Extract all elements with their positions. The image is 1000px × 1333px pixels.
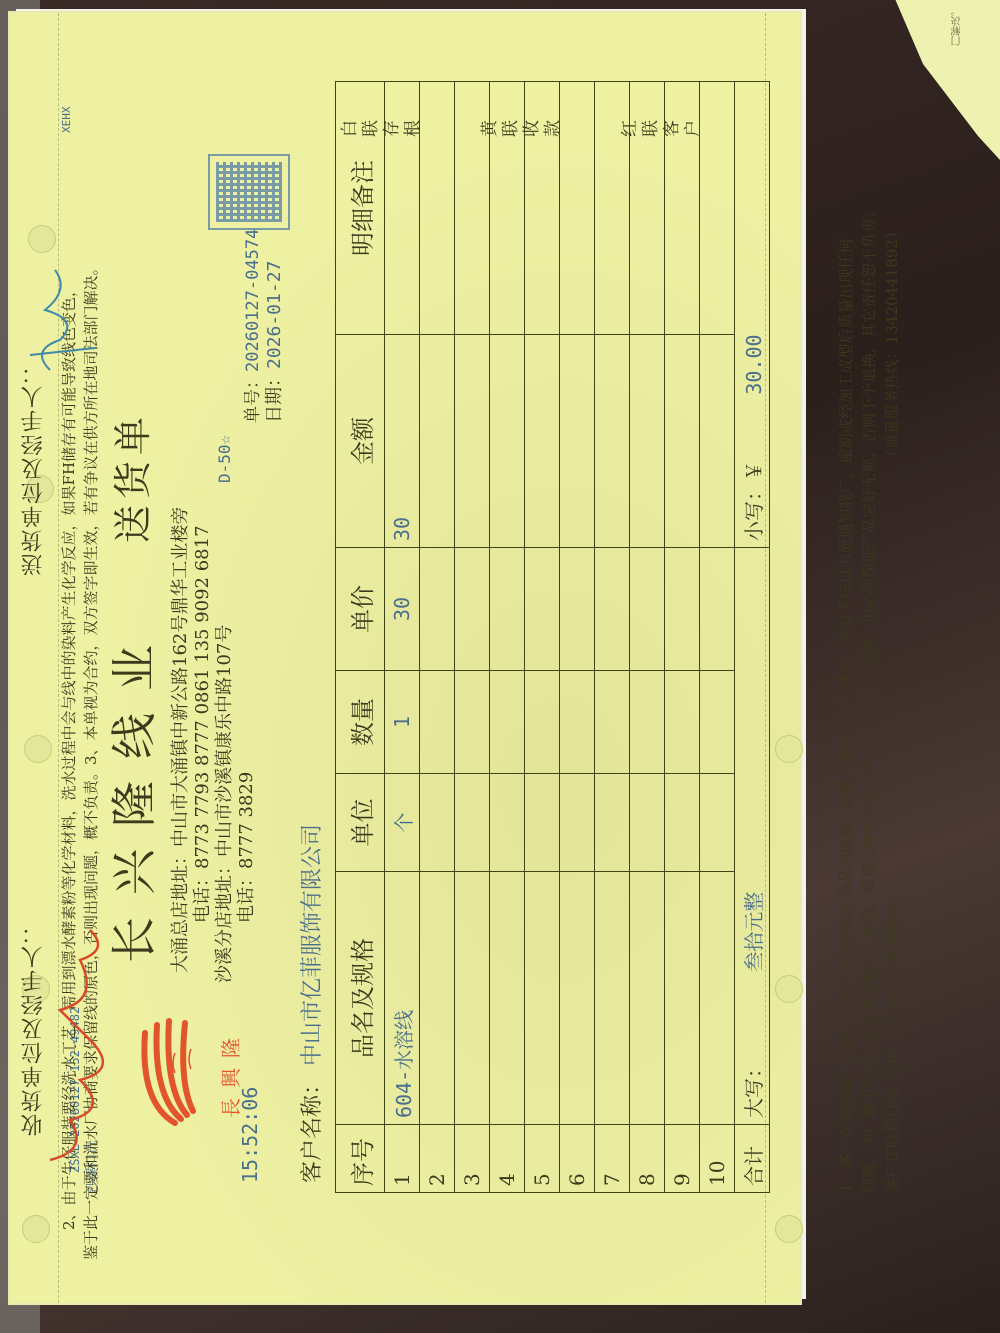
row-no: 8	[630, 1125, 665, 1193]
row-no: 10	[700, 1125, 735, 1193]
terms-line-3: 客户在收货日起（30）天内须结清全部款项； （质量服务热线：1342044189…	[881, 33, 904, 1193]
table-row: 5	[525, 82, 560, 1193]
row-qty: 1	[385, 671, 420, 774]
branch-phone: 电话：8777 3829	[236, 772, 258, 923]
table-total-row: 合计 大写： 叁拾元整 小写：￥ 30.00	[735, 82, 770, 1193]
feed-hole	[22, 1215, 50, 1243]
total-lower-value: 30.00	[742, 334, 766, 394]
doc-number-prefix: D-50☆	[215, 435, 234, 483]
hq-phone-value: 8773 7793 8777 0861 135 9092 6817	[192, 525, 213, 869]
print-time: 15:52:06	[238, 1087, 262, 1183]
branch-address-label: 沙溪分店地址：	[214, 857, 235, 983]
table-row: 8	[630, 82, 665, 1193]
total-upper-label: 大写：	[742, 1058, 766, 1118]
branch-phone-value: 8777 3829	[236, 772, 257, 869]
table-row: 1 604-水溶线 个 1 30 30	[385, 82, 420, 1193]
doc-date: 日期：2026-01-27	[260, 261, 286, 423]
hq-phone-label: 电话：	[192, 869, 213, 923]
branch-address-value: 中山市沙溪镇康乐中路107号	[214, 625, 235, 857]
delivery-note-rotated: XEHX ZSXL-20260127-152-49482 沙溪门市 長興隆 15…	[0, 0, 1000, 1333]
header-item: 品名及规格	[336, 872, 385, 1125]
terms-line-1: 1、客户在收到本厂货品之日起三天内须验明货品的数量、质量、颜色等方可使用。若有不…	[835, 33, 858, 1193]
branch-address: 沙溪分店地址：中山市沙溪镇康乐中路107号	[214, 625, 236, 983]
copy-red-label: 红联客户	[620, 118, 704, 143]
company-name: 长兴隆线业	[98, 623, 164, 963]
row-item: 604-水溶线	[385, 872, 420, 1125]
table-header-row: 序号 品名及规格 单位 数量 单价 金额 明细备注	[336, 82, 385, 1193]
total-lower: 小写：￥ 30.00	[735, 82, 770, 548]
header-qty: 数量	[336, 671, 385, 774]
terms-lines-4-5: 2、由于牛仔服装要经洗水工艺，需用到漂水酵素粉等化学材料，洗水过程中会与线中的染…	[58, 1200, 1000, 1230]
table-row: 7	[595, 82, 630, 1193]
total-label: 合计	[735, 1125, 770, 1193]
company-logo-icon	[135, 1013, 215, 1133]
row-no: 3	[455, 1125, 490, 1193]
hq-address: 大涌总店地址：中山市大涌镇中新公路162号鼎华工业楼旁	[170, 507, 192, 973]
hq-address-label: 大涌总店地址：	[170, 847, 191, 973]
copy-white-label: 白联存根	[340, 118, 424, 143]
customer-name: 中山市亿菲服饰有限公司	[300, 824, 325, 1066]
qr-code-icon	[210, 156, 288, 228]
table-row: 10	[700, 82, 735, 1193]
terms-text: 1、客户在收到本厂货品之日起三天内须验明货品的数量、质量、颜色等方可使用。若有不…	[835, 33, 904, 1193]
table-row: 4	[490, 82, 525, 1193]
total-upper: 大写： 叁拾元整	[735, 548, 770, 1125]
quality-hotline: （质量服务热线：13420441892）	[883, 224, 901, 464]
sender-signature-label: 送货单位及经手人：	[18, 360, 49, 576]
total-upper-value: 叁拾元整	[742, 892, 766, 972]
terms-line-2: 问题，本厂概不负责；如发现在数量、颜色、质量上存在不符，本厂只负责对方退换，但必…	[858, 33, 881, 1193]
feed-hole	[28, 225, 56, 253]
row-no: 1	[385, 1125, 420, 1193]
hq-phone: 电话：8773 7793 8777 0861 135 9092 6817	[192, 525, 214, 923]
document-type-title: 送货单	[102, 411, 157, 543]
hq-address-value: 中山市大涌镇中新公路162号鼎华工业楼旁	[170, 507, 191, 847]
row-price: 30	[385, 548, 420, 671]
row-no: 4	[490, 1125, 525, 1193]
margin-code: XEHX	[60, 107, 73, 134]
row-no: 2	[420, 1125, 455, 1193]
table-row: 3	[455, 82, 490, 1193]
row-no: 5	[525, 1125, 560, 1193]
header-no: 序号	[336, 1125, 385, 1193]
total-lower-label: 小写：￥	[742, 461, 766, 541]
header-unit: 单位	[336, 774, 385, 872]
date-label: 日期：	[264, 369, 285, 423]
row-amount: 30	[385, 335, 420, 548]
receiver-signature-icon	[30, 920, 140, 1180]
header-amount: 金额	[336, 335, 385, 548]
row-no: 7	[595, 1125, 630, 1193]
customer-row: 客户名称： 中山市亿菲服饰有限公司	[295, 824, 326, 1183]
terms-line-3-text: 客户在收货日起（30）天内须结清全部款项；	[883, 889, 901, 1193]
table-row: 6	[560, 82, 595, 1193]
row-no: 6	[560, 1125, 595, 1193]
date-value: 2026-01-27	[264, 261, 285, 369]
branch-phone-label: 电话：	[236, 869, 257, 923]
items-table: 序号 品名及规格 单位 数量 单价 金额 明细备注 1 604-水溶线 个 1 …	[335, 81, 770, 1193]
feed-hole	[24, 735, 52, 763]
row-no: 9	[665, 1125, 700, 1193]
feed-hole	[775, 975, 803, 1003]
row-unit: 个	[385, 774, 420, 872]
copy-yellow-label: 黄联收款	[480, 118, 564, 143]
header-price: 单价	[336, 548, 385, 671]
table-row: 2	[420, 82, 455, 1193]
feed-hole	[775, 735, 803, 763]
customer-label: 客户名称：	[300, 1073, 325, 1183]
sender-signature-icon	[10, 260, 100, 380]
table-row: 9	[665, 82, 700, 1193]
